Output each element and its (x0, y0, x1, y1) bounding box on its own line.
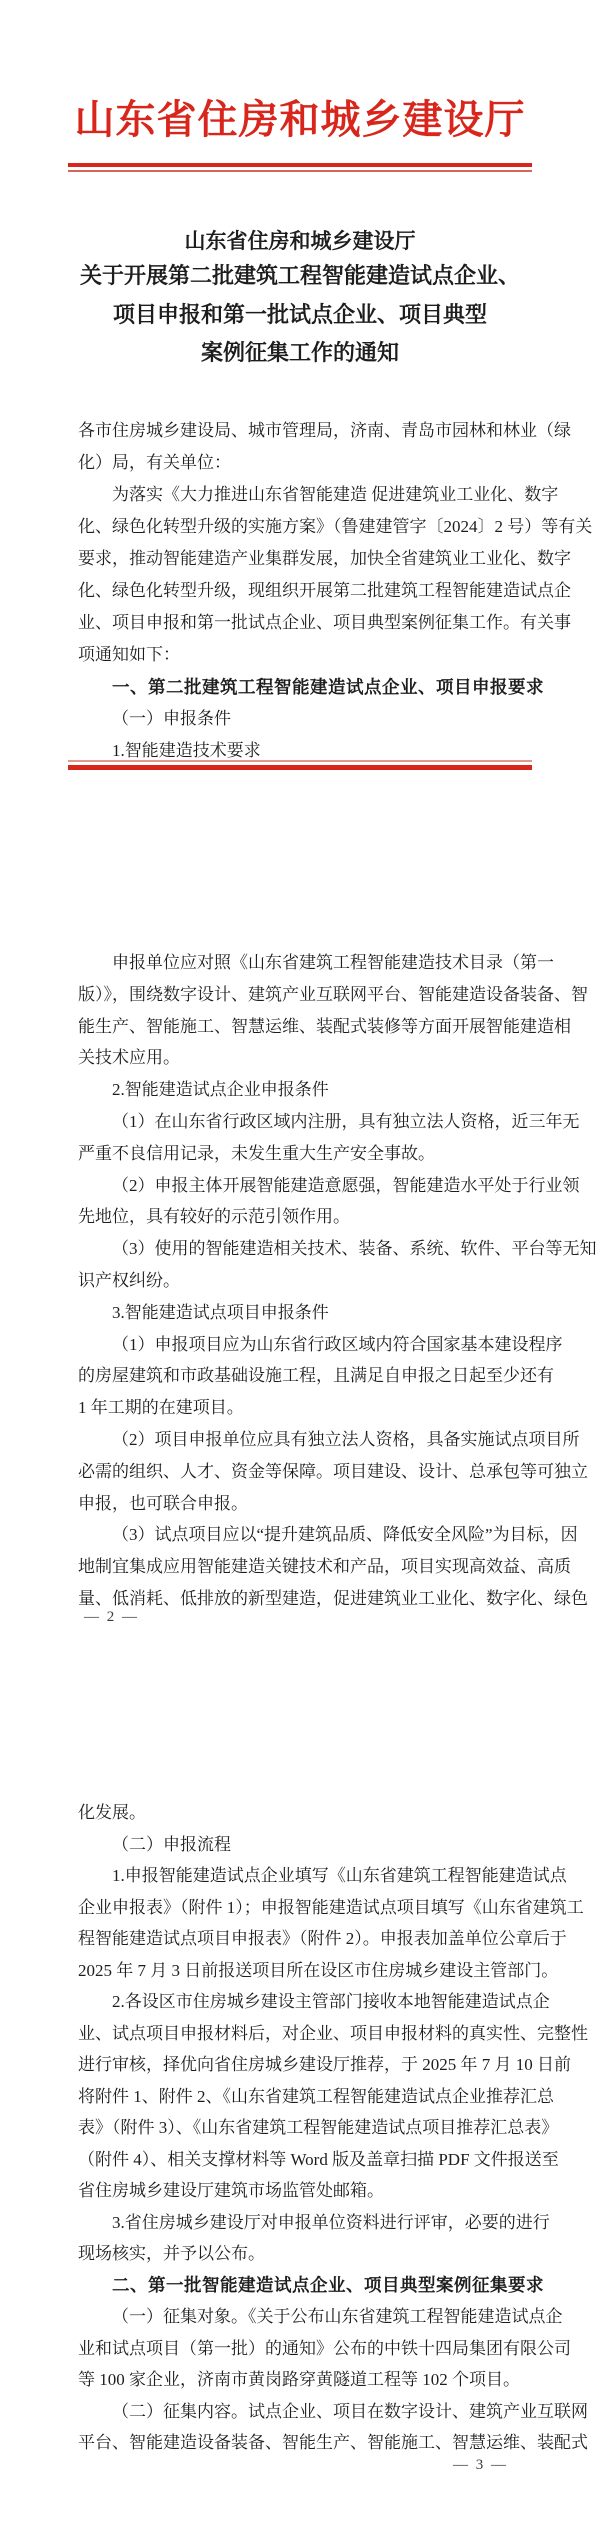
section-heading: 一、第二批建筑工程智能建造试点企业、项目申报要求 (78, 671, 522, 703)
body-line: 1.申报智能建造试点企业填写《山东省建筑工程智能建造试点 (78, 1860, 522, 1892)
body-line: 等 100 家企业，济南市黄岗路穿黄隧道工程等 102 个项目。 (78, 2364, 522, 2396)
body-line: （二）征集内容。试点企业、项目在数字设计、建筑产业互联网 (78, 2396, 522, 2428)
body-line: 业、项目申报和第一批试点企业、项目典型案例征集工作。有关事 (78, 607, 522, 639)
body-line: 业和试点项目（第一批）的通知》公布的中铁十四局集团有限公司 (78, 2333, 522, 2365)
body-line: 地制宜集成应用智能建造关键技术和产品，项目实现高效益、高质 (78, 1551, 522, 1583)
body-line: 版）》，围绕数字设计、建筑产业互联网平台、智能建造设备装备、智 (78, 979, 522, 1011)
body-line: 现场核实，并予以公布。 (78, 2238, 522, 2270)
body-line: 先地位，具有较好的示范引领作用。 (78, 1201, 522, 1233)
page1-body: 各市住房城乡建设局、城市管理局，济南、青岛市园林和林业（绿 化）局，有关单位： … (78, 415, 522, 767)
subsection-heading: （二）申报流程 (78, 1829, 522, 1861)
body-line: （1）申报项目应为山东省行政区域内符合国家基本建设程序 (78, 1329, 522, 1361)
body-line: 2025 年 7 月 3 日前报送项目所在设区市住房城乡建设主管部门。 (78, 1955, 522, 1987)
subsection-heading: （一）申报条件 (78, 703, 522, 735)
section-heading: 二、第一批智能建造试点企业、项目典型案例征集要求 (78, 2270, 522, 2302)
body-line: 识产权纠纷。 (78, 1265, 522, 1297)
body-line: 业、试点项目申报材料后，对企业、项目申报材料的真实性、完整性 (78, 2018, 522, 2050)
body-line: （一）征集对象。《关于公布山东省建筑工程智能建造试点企 (78, 2301, 522, 2333)
body-line: 化）局，有关单位： (78, 447, 522, 479)
document-title-line: 案例征集工作的通知 (0, 334, 600, 373)
body-line: 2.各设区市住房城乡建设主管部门接收本地智能建造试点企 (78, 1986, 522, 2018)
body-line: 各市住房城乡建设局、城市管理局，济南、青岛市园林和林业（绿 (78, 415, 522, 447)
body-line: 量、低消耗、低排放的新型建造，促进建筑业工业化、数字化、绿色 (78, 1583, 522, 1615)
body-line: 必需的组织、人才、资金等保障。项目建设、设计、总承包等可独立 (78, 1456, 522, 1488)
body-line: 申报，也可联合申报。 (78, 1488, 522, 1520)
body-line: 3.省住房城乡建设厅对申报单位资料进行评审，必要的进行 (78, 2207, 522, 2239)
body-line: 化、绿色化转型升级，现组织开展第二批建筑工程智能建造试点企 (78, 575, 522, 607)
body-line: 申报单位应对照《山东省建筑工程智能建造技术目录（第一 (78, 947, 522, 979)
body-line: 要求，推动智能建造产业集群发展，加快全省建筑业工业化、数字 (78, 543, 522, 575)
body-line: （附件 4）、相关支撑材料等 Word 版及盖章扫描 PDF 文件报送至 (78, 2144, 522, 2176)
body-line: 程智能建造试点项目申报表》（附件 2）。申报表加盖单位公章后于 (78, 1923, 522, 1955)
body-line: 项通知如下： (78, 639, 522, 671)
subsection-heading: 2.智能建造试点企业申报条件 (78, 1074, 522, 1106)
document-title-line: 项目申报和第一批试点企业、项目典型 (0, 296, 600, 335)
body-line: （3）试点项目应以“提升建筑品质、降低安全风险”为目标，因 (78, 1519, 522, 1551)
body-line: （1）在山东省行政区域内注册，具有独立法人资格，近三年无 (78, 1106, 522, 1138)
subsection-heading: 3.智能建造试点项目申报条件 (78, 1297, 522, 1329)
page2-body: 申报单位应对照《山东省建筑工程智能建造技术目录（第一 版）》，围绕数字设计、建筑… (78, 947, 522, 1615)
letterhead-agency-title: 山东省住房和城乡建设厅 (0, 95, 600, 145)
page-number-2: — 2 — (84, 1609, 139, 1626)
document-issuer: 山东省住房和城乡建设厅 (0, 225, 600, 255)
body-line: 化发展。 (78, 1797, 522, 1829)
page3-body: 化发展。 （二）申报流程 1.申报智能建造试点企业填写《山东省建筑工程智能建造试… (78, 1797, 522, 2459)
letterhead-rule-thin (68, 170, 532, 172)
body-line: 能生产、智能施工、智慧运维、装配式装修等方面开展智能建造相 (78, 1011, 522, 1043)
body-line: （3）使用的智能建造相关技术、装备、系统、软件、平台等无知 (78, 1233, 522, 1265)
body-line: 为落实《大力推进山东省智能建造 促进建筑业工业化、数字 (78, 479, 522, 511)
body-line: （2）申报主体开展智能建造意愿强，智能建造水平处于行业领 (78, 1170, 522, 1202)
body-line: 严重不良信用记录，未发生重大生产安全事故。 (78, 1138, 522, 1170)
body-line: 的房屋建筑和市政基础设施工程，且满足自申报之日起至少还有 (78, 1360, 522, 1392)
body-line: 企业申报表》（附件 1）；申报智能建造试点项目填写《山东省建筑工 (78, 1892, 522, 1924)
body-line: 1 年工期的在建项目。 (78, 1392, 522, 1424)
document-title: 关于开展第二批建筑工程智能建造试点企业、 项目申报和第一批试点企业、项目典型 案… (0, 257, 600, 373)
page-end-rule-thin (68, 760, 532, 762)
document-title-line: 关于开展第二批建筑工程智能建造试点企业、 (0, 257, 600, 296)
body-line: 将附件 1、附件 2、《山东省建筑工程智能建造试点企业推荐汇总 (78, 2081, 522, 2113)
body-line: 表》（附件 3）、《山东省建筑工程智能建造试点项目推荐汇总表》 (78, 2112, 522, 2144)
body-line: （2）项目申报单位应具有独立法人资格，具备实施试点项目所 (78, 1424, 522, 1456)
letterhead-rule-thick (68, 163, 532, 167)
body-line: 关技术应用。 (78, 1042, 522, 1074)
subsection-heading: 1.智能建造技术要求 (78, 735, 522, 767)
body-line: 化、绿色化转型升级的实施方案》（鲁建建管字〔2024〕2 号）等有关 (78, 511, 522, 543)
body-line: 进行审核，择优向省住房城乡建设厅推荐，于 2025 年 7 月 10 日前 (78, 2049, 522, 2081)
body-line: 平台、智能建造设备装备、智能生产、智能施工、智慧运维、装配式 (78, 2427, 522, 2459)
page-number-3: — 3 — (453, 2457, 508, 2474)
page-end-rule-thick (68, 765, 532, 770)
body-line: 省住房城乡建设厅建筑市场监管处邮箱。 (78, 2175, 522, 2207)
